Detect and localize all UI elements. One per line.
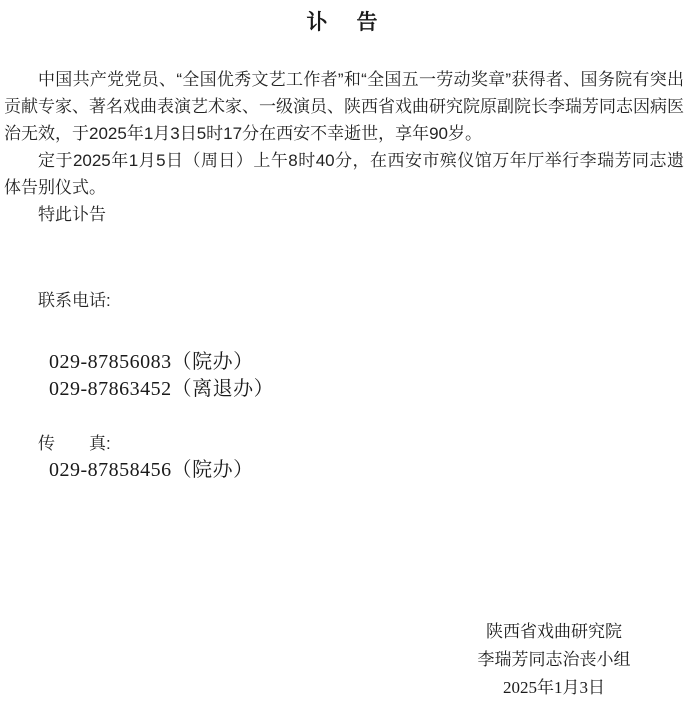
phone-number-retirees-office: 029-87863452（离退办） [4, 376, 684, 403]
fax-label: 传 真: [4, 430, 684, 457]
notice-body: 中国共产党党员、“全国优秀文艺工作者”和“全国五一劳动奖章”获得者、国务院有突出… [4, 66, 684, 228]
phone-list: 029-87856083（院办） 029-87863452（离退办） [4, 349, 684, 403]
paragraph-deceased-info: 中国共产党党员、“全国优秀文艺工作者”和“全国五一劳动奖章”获得者、国务院有突出… [4, 66, 684, 147]
contact-phone-label: 联系电话: [4, 287, 684, 314]
paragraph-ceremony-info: 定于2025年1月5日（周日）上午8时40分，在西安市殡仪馆万年厅举行李瑞芳同志… [4, 147, 684, 201]
signature-date: 2025年1月3日 [439, 674, 669, 702]
signature-organization: 陕西省戏曲研究院 [439, 618, 669, 646]
paragraph-closing: 特此讣告 [4, 201, 684, 228]
obituary-notice-page: 讣 告 中国共产党党员、“全国优秀文艺工作者”和“全国五一劳动奖章”获得者、国务… [0, 0, 688, 711]
fax-number: 029-87858456（院办） [4, 457, 684, 484]
notice-title: 讣 告 [4, 8, 684, 38]
signature-funeral-group: 李瑞芳同志治丧小组 [439, 646, 669, 674]
phone-number-office: 029-87856083（院办） [4, 349, 684, 376]
signature-block: 陕西省戏曲研究院 李瑞芳同志治丧小组 2025年1月3日 [439, 618, 669, 702]
contact-section: 联系电话: 029-87856083（院办） 029-87863452（离退办）… [4, 287, 684, 484]
